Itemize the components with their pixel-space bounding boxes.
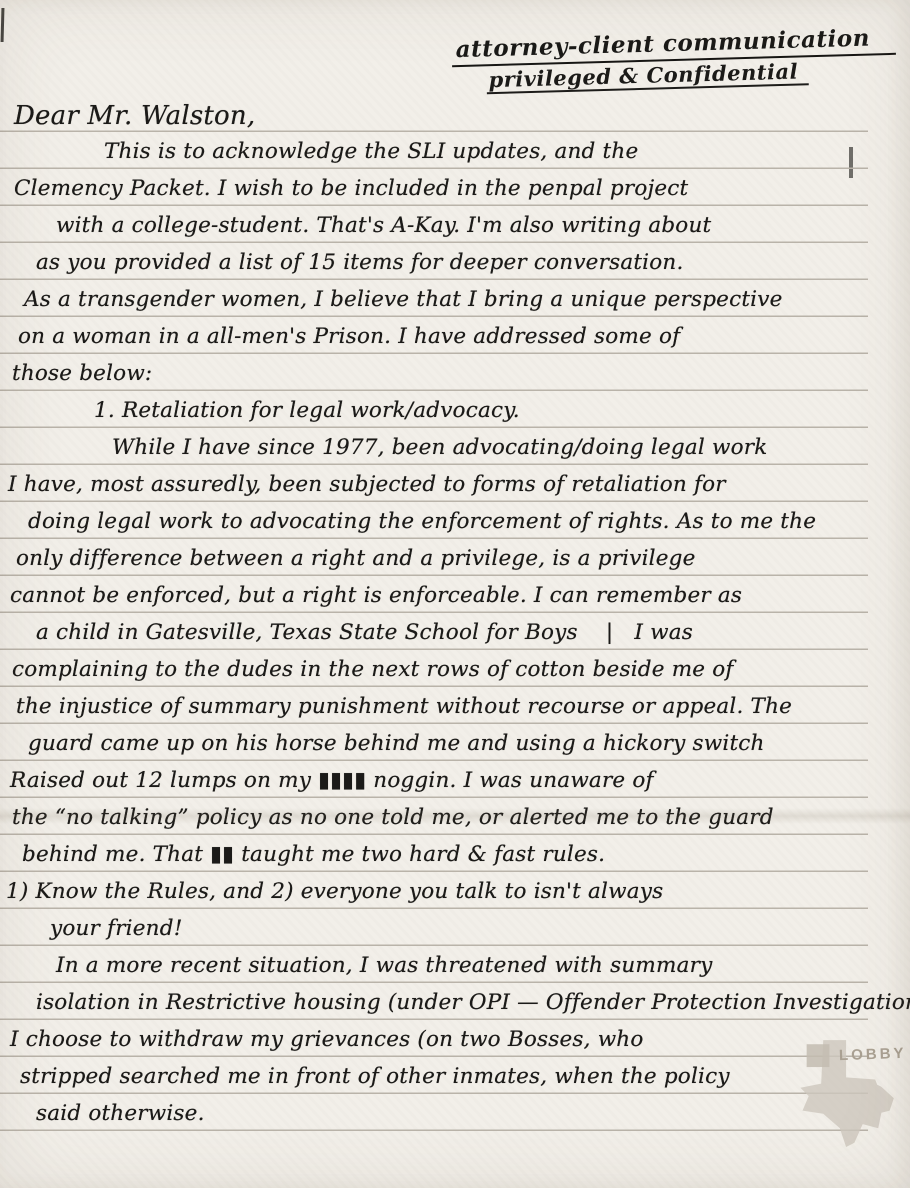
- letter-line: behind me. That ▮▮ taught me two hard & …: [0, 835, 910, 872]
- letter-line: said otherwise.: [0, 1094, 910, 1131]
- letter-line: Raised out 12 lumps on my ▮▮▮▮ noggin. I…: [0, 761, 910, 798]
- letter-line: a child in Gatesville, Texas State Schoo…: [0, 613, 910, 650]
- letter-line: 1. Retaliation for legal work/advocacy.: [0, 391, 910, 428]
- letter-line: I have, most assuredly, been subjected t…: [0, 465, 910, 502]
- letter-line: This is to acknowledge the SLI updates, …: [0, 132, 910, 169]
- letter-line: doing legal work to advocating the enfor…: [0, 502, 910, 539]
- privilege-header: attorney-client communication privileged…: [451, 24, 897, 95]
- letter-line: stripped searched me in front of other i…: [0, 1057, 910, 1094]
- scan-artifact-top-left: [1, 8, 5, 42]
- letter-line: In a more recent situation, I was threat…: [0, 946, 910, 983]
- letter-line: Dear Mr. Walston,: [0, 95, 910, 132]
- letter-line: with a college-student. That's A-Kay. I'…: [0, 206, 910, 243]
- letter-line: complaining to the dudes in the next row…: [0, 650, 910, 687]
- letter-lines: Dear Mr. Walston,This is to acknowledge …: [0, 95, 910, 1131]
- letter-line: isolation in Restrictive housing (under …: [0, 983, 910, 1020]
- letter-line: the “no talking” policy as no one told m…: [0, 798, 910, 835]
- letter-line: As a transgender women, I believe that I…: [0, 280, 910, 317]
- letter-line: I choose to withdraw my grievances (on t…: [0, 1020, 910, 1057]
- letter-line: Clemency Packet. I wish to be included i…: [0, 169, 910, 206]
- letter-line: as you provided a list of 15 items for d…: [0, 243, 910, 280]
- letter-line: on a woman in a all-men's Prison. I have…: [0, 317, 910, 354]
- letter-line: cannot be enforced, but a right is enfor…: [0, 576, 910, 613]
- letter-line: 1) Know the Rules, and 2) everyone you t…: [0, 872, 910, 909]
- scanned-letter-page: attorney-client communication privileged…: [0, 0, 910, 1188]
- letter-line: your friend!: [0, 909, 910, 946]
- letter-line: those below:: [0, 354, 910, 391]
- letter-line: guard came up on his horse behind me and…: [0, 724, 910, 761]
- header-attorney-client-line: attorney-client communication: [451, 24, 896, 67]
- letter-line: While I have since 1977, been advocating…: [0, 428, 910, 465]
- letter-line: only difference between a right and a pr…: [0, 539, 910, 576]
- letter-line: the injustice of summary punishment with…: [0, 687, 910, 724]
